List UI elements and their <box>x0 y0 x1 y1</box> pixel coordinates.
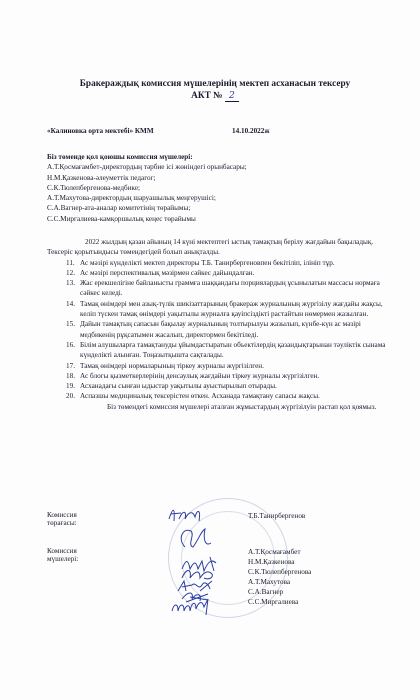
findings-list: 11.Ас мәзірі күнделікті мектеп директоры… <box>47 258 387 402</box>
signatory-name: Н.М.Қазкенова <box>248 557 311 567</box>
finding-item: 16.Білім алушыларға тамақтануды ұйымдаст… <box>47 340 387 361</box>
member-line: А.Т.Махутова-директордың шаруашылық меңг… <box>47 193 387 203</box>
signatory-name: С.С.Миргалиева <box>248 597 311 607</box>
member-line: С.А.Вагнер-ата-аналар комитетінің төрайы… <box>47 203 387 213</box>
signatory-name: С.К.Тюлепбергенова <box>248 567 311 577</box>
finding-item: 19.Асханадағы сынған ыдыстар уақытылы ау… <box>47 381 387 391</box>
finding-item: 18.Ас блогы қызметкерлерінің денсаулық ж… <box>47 371 387 381</box>
finding-item: 11.Ас мәзірі күнделікті мектеп директоры… <box>47 258 387 268</box>
inspection-body: 2022 жылдың қазан айының 14 күні мектепт… <box>47 237 387 412</box>
finding-item: 15.Дайын тамақтың сапасын бақылау журнал… <box>47 319 387 340</box>
member-signature-icon <box>175 525 215 558</box>
document-title: Бракераждық комиссия мүшелерінің мектеп … <box>40 79 390 102</box>
document-page: Бракераждық комиссия мүшелерінің мектеп … <box>0 0 420 700</box>
finding-item: 14.Тамақ өнімдері мен азық-түлік шикізат… <box>47 299 387 320</box>
member-signature-icon <box>170 597 214 622</box>
signatory-list: А.Т.Қосмағамбет Н.М.Қазкенова С.К.Тюлепб… <box>248 547 311 607</box>
members-heading: Біз төменде қол қоюшы комиссия мүшелері: <box>47 152 387 162</box>
signatory-name: С.А.Вагнер <box>248 587 311 597</box>
finding-item: 12.Ас мәзірі перспективалық мәзірмен сәй… <box>47 268 387 278</box>
act-label: АКТ № <box>191 91 222 101</box>
act-number: 2 <box>225 90 239 102</box>
finding-item: 13.Жас ерекшелігіне байланысты граммға ш… <box>47 278 387 299</box>
members-label: Комиссия мүшелері: <box>47 547 78 563</box>
member-line: С.К.Тюлепбергенова-медбике; <box>47 183 387 193</box>
chair-name: Т.Б.Танирбергенов <box>248 511 305 521</box>
chair-label: Комиссия төрағасы: <box>47 511 77 527</box>
finding-item: 20.Аспазшы медициналық тексерістен өткен… <box>47 391 387 401</box>
commission-members: Біз төменде қол қоюшы комиссия мүшелері:… <box>47 152 387 224</box>
title-text: Бракераждық комиссия мүшелерінің мектеп … <box>40 79 390 90</box>
document-date: 14.10.2022ж <box>232 127 270 135</box>
act-heading: АКТ № 2 <box>40 90 390 102</box>
member-line: А.Т.Қосмағамбет-директордың тәрбие ісі ж… <box>47 162 387 172</box>
school-name: «Калиновка орта мектебі» КММ <box>47 127 154 135</box>
intro-paragraph: 2022 жылдың қазан айының 14 күні мектепт… <box>47 237 387 258</box>
signatory-name: А.Т.Қосмағамбет <box>248 547 311 557</box>
member-line: С.С.Миргалиева-камқоршылық кеңес төрайым… <box>47 214 387 224</box>
school-date-line: «Калиновка орта мектебі» КММ 14.10.2022ж <box>47 127 387 135</box>
member-line: Н.М.Қазкенова-әлеуметтік педагог; <box>47 173 387 183</box>
closing-paragraph: Біз төмендегі комиссия мүшелері аталған … <box>47 402 387 412</box>
finding-item: 17.Тамақ өнімдері нормаларының тіркеу жу… <box>47 361 387 371</box>
signatory-name: А.Т.Махутова <box>248 577 311 587</box>
